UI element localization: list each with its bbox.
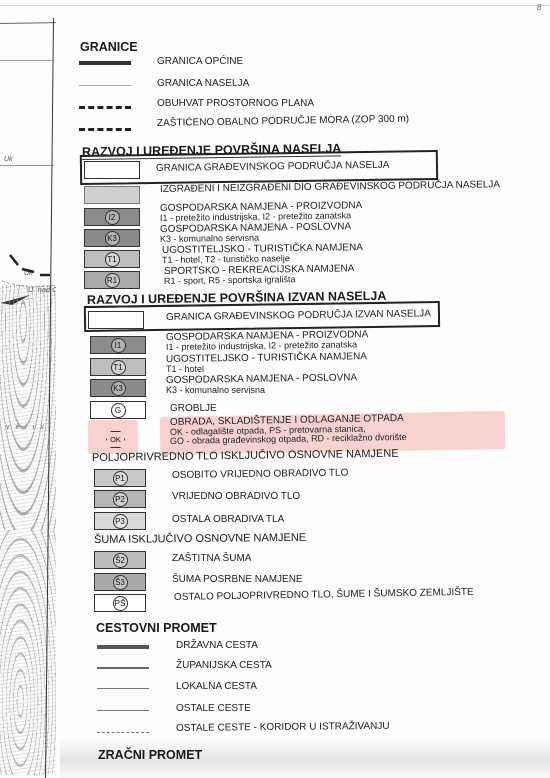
legend-swatch: P2 [94, 490, 146, 508]
legend-sublabel: K3 - komunalno servisna [166, 386, 265, 395]
legend-label: DRŽAVNA CESTA [176, 640, 258, 651]
thin-line-symbol [79, 85, 131, 86]
legend-swatch: PŠ [94, 594, 146, 612]
legend-label: ŽUPANIJSKA CESTA [176, 660, 272, 671]
legend-swatch [84, 186, 140, 204]
legend-swatch: K3 [84, 229, 140, 247]
legend-label: OBUHVAT PROSTORNOG PLANA [157, 98, 314, 109]
legend-swatch: T1 [84, 250, 140, 268]
legend-label: OSTALO POLJOPRIVREDNO TLO, ŠUME I ŠUMSKO… [174, 587, 474, 603]
map-legend: GRANICE GRANICA OPĆINE GRANICA NASELJA O… [0, 0, 550, 778]
legend-sublabel: R1 - sport, R5 - sportska igrališta [164, 275, 296, 286]
legend-swatch: P1 [94, 469, 146, 487]
legend-label: GRANICA NASELJA [157, 78, 249, 89]
thick-line-symbol [79, 61, 131, 65]
code-badge: I2 [105, 210, 120, 225]
code-badge: P3 [113, 514, 128, 529]
hexagon-symbol: OK [106, 429, 125, 448]
code-badge: K3 [111, 381, 126, 396]
code-badge: Š3 [113, 575, 128, 590]
code-badge: G [111, 403, 126, 418]
medium-line-symbol [97, 667, 149, 669]
code-badge: PŠ [113, 596, 128, 611]
legend-swatch: P3 [94, 512, 146, 530]
code-badge: P1 [113, 471, 128, 486]
legend-label: UGOSTITELJSKO - TURISTIČKA NAMJENA [166, 351, 367, 365]
legend-swatch [84, 161, 140, 179]
code-badge: Š2 [113, 553, 128, 568]
code-badge: K3 [105, 231, 120, 246]
legend-swatch: Š2 [94, 551, 146, 569]
legend-label: OSOBITO VRIJEDNO OBRADIVO TLO [172, 468, 348, 481]
legend-label: LOKALNA CESTA [176, 681, 257, 692]
legend-swatch: R1 [84, 271, 140, 289]
code-badge: T1 [105, 252, 120, 267]
code-badge: T1 [111, 360, 126, 375]
thin-line-symbol [97, 710, 149, 711]
thin-line-symbol [97, 688, 149, 689]
legend-swatch: I1 [90, 336, 146, 354]
legend-swatch: I2 [84, 208, 140, 226]
section-title-cestovni: CESTOVNI PROMET [96, 621, 217, 635]
legend-sublabel: I1 - pretežito industrijska, I2 - pretež… [166, 340, 357, 352]
legend-swatch: T1 [90, 358, 146, 376]
legend-label: OSTALE CESTE [176, 703, 251, 714]
legend-swatch: Š3 [94, 573, 146, 591]
legend-label: GROBLJE [170, 403, 217, 414]
section-title-suma: ŠUMA ISKLJUČIVO OSNOVNE NAMJENE [94, 532, 306, 546]
section-title-granice: GRANICE [80, 40, 138, 54]
thick-line-symbol [97, 645, 149, 649]
legend-label: VRIJEDNO OBRADIVO TLO [172, 491, 300, 502]
legend-swatch [88, 311, 144, 329]
legend-swatch: K3 [90, 379, 146, 397]
legend-label: ŠUMA POSRBNE NAMJENE [172, 574, 303, 585]
legend-label: OSTALA OBRADIVA TLA [172, 514, 284, 525]
dashed-line-symbol [79, 106, 131, 109]
dashed-line-symbol [97, 732, 149, 733]
legend-label: ZAŠTITNA ŠUMA [172, 553, 251, 564]
legend-label: GOSPODARSKA NAMJENA - POSLOVNA [166, 372, 357, 386]
dashed-line-symbol [79, 128, 131, 131]
legend-swatch: G [90, 401, 146, 419]
legend-label: ZAŠTIĆENO OBALNO PODRUČJE MORA (ZOP 300 … [157, 114, 409, 129]
legend-label: GRANICA OPĆINE [157, 56, 243, 67]
section-title-zracni: ZRAČNI PROMET [98, 748, 202, 762]
legend-sublabel: T1 - hotel [166, 365, 204, 374]
code-badge: P2 [113, 492, 128, 507]
code-badge: I1 [111, 338, 126, 353]
code-badge: OK [106, 431, 125, 448]
legend-label: OSTALE CESTE - KORIDOR U ISTRAŽIVANJU [176, 721, 390, 734]
code-badge: R1 [105, 273, 120, 288]
legend-sublabel: K3 - komunalno servisna [160, 234, 259, 244]
legend-sublabel: T1 - hotel, T2 - turističko naselje [162, 254, 290, 265]
